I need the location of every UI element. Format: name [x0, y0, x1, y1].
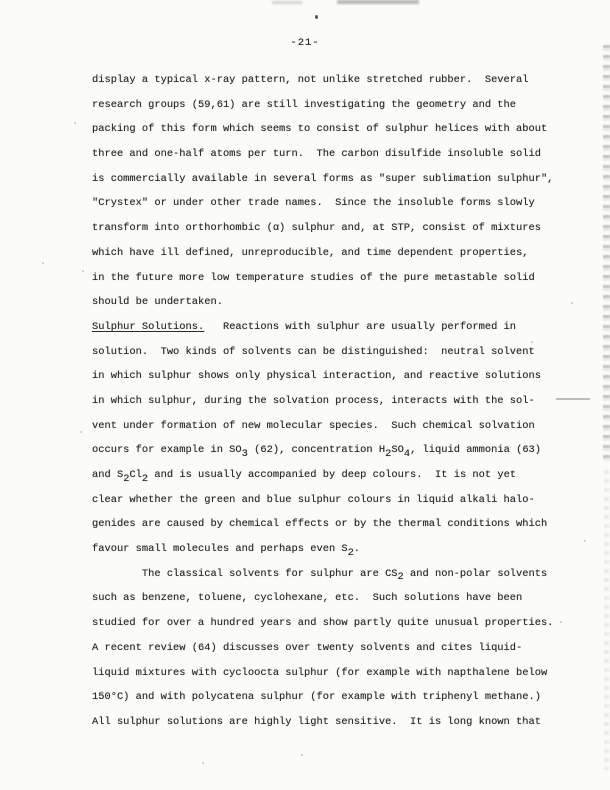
text-line: 150°C) and with polycatena sulphur (for … — [92, 685, 572, 710]
page-number: -21- — [0, 37, 610, 49]
text-segment: in which sulphur shows only physical int… — [92, 370, 541, 382]
paper-speck — [80, 431, 82, 433]
ink-dot-artifact — [315, 15, 318, 19]
text-line: genides are caused by chemical effects o… — [92, 512, 572, 537]
document-page: -21- display a typical x-ray pattern, no… — [0, 0, 610, 790]
text-line: The classical solvents for sulphur are C… — [92, 562, 572, 587]
text-segment: studied for over a hundred years and sho… — [92, 617, 553, 629]
text-segment: research groups (59,61) are still invest… — [92, 99, 516, 111]
text-line: packing of this form which seems to cons… — [92, 117, 572, 142]
text-segment: , liquid ammonia (63) — [410, 444, 541, 456]
text-segment: such as benzene, toluene, cyclohexane, e… — [92, 592, 522, 604]
subscript: 4 — [404, 448, 410, 460]
text-line: clear whether the green and blue sulphur… — [92, 488, 572, 513]
text-segment: "Crystex" or under other trade names. Si… — [92, 197, 535, 209]
subscript: 3 — [242, 448, 248, 460]
scan-edge-streak — [603, 45, 610, 465]
text-segment: Cl — [129, 469, 141, 481]
text-line: All sulphur solutions are highly light s… — [92, 710, 572, 735]
scan-top-smudge-2 — [272, 1, 302, 4]
text-segment: clear whether the green and blue sulphur… — [92, 494, 535, 506]
text-segment: display a typical x-ray pattern, not unl… — [92, 74, 528, 86]
paper-speck — [531, 341, 533, 343]
scan-top-smudge — [337, 0, 419, 4]
text-segment: packing of this form which seems to cons… — [92, 123, 547, 135]
text-line: A recent review (64) discusses over twen… — [92, 636, 572, 661]
margin-dash-artifact — [556, 398, 590, 400]
text-line: research groups (59,61) are still invest… — [92, 93, 572, 118]
text-line: should be undertaken. — [92, 290, 572, 315]
text-line: in which sulphur, during the solvation p… — [92, 389, 572, 414]
subscript: 2 — [142, 473, 148, 485]
text-segment: vent under formation of new molecular sp… — [92, 420, 535, 432]
text-segment: in the future more low temperature studi… — [92, 272, 535, 284]
text-segment: All sulphur solutions are highly light s… — [92, 716, 541, 728]
text-segment: 150°C) and with polycatena sulphur (for … — [92, 691, 541, 703]
text-segment: favour small molecules and perhaps even … — [92, 543, 348, 555]
text-segment: solution. Two kinds of solvents can be d… — [92, 346, 535, 358]
text-segment: should be undertaken. — [92, 296, 223, 308]
text-line: favour small molecules and perhaps even … — [92, 537, 572, 562]
paper-speck — [560, 621, 562, 623]
text-line: studied for over a hundred years and sho… — [92, 611, 572, 636]
text-segment: A recent review (64) discusses over twen… — [92, 642, 522, 654]
text-segment: liquid mixtures with cycloocta sulphur (… — [92, 667, 547, 679]
text-segment: in which sulphur, during the solvation p… — [92, 395, 535, 407]
text-line: occurs for example in SO3 (62), concentr… — [92, 438, 572, 463]
scan-edge-streak-lower — [604, 470, 609, 770]
text-line: vent under formation of new molecular sp… — [92, 414, 572, 439]
text-line: liquid mixtures with cycloocta sulphur (… — [92, 661, 572, 686]
page-body: display a typical x-ray pattern, not unl… — [92, 68, 572, 735]
paper-speck — [584, 540, 586, 542]
text-line: Sulphur Solutions. Reactions with sulphu… — [92, 315, 572, 340]
subscript: 2 — [398, 571, 404, 583]
text-line: is commercially available in several for… — [92, 167, 572, 192]
text-segment: and non-polar solvents — [404, 568, 547, 580]
text-segment: and is usually accompanied by deep colou… — [148, 469, 516, 481]
subscript: 2 — [385, 448, 391, 460]
text-segment: three and one-half atoms per turn. The c… — [92, 148, 541, 160]
text-segment: . — [354, 543, 360, 555]
text-segment: Reactions with sulphur are usually perfo… — [204, 321, 516, 333]
paper-speck — [202, 762, 204, 764]
text-segment: is commercially available in several for… — [92, 173, 553, 185]
text-line: display a typical x-ray pattern, not unl… — [92, 68, 572, 93]
text-line: three and one-half atoms per turn. The c… — [92, 142, 572, 167]
text-segment: which have ill defined, unreproducible, … — [92, 247, 528, 259]
text-line: transform into orthorhombic (α) sulphur … — [92, 216, 572, 241]
text-segment: genides are caused by chemical effects o… — [92, 518, 547, 530]
text-line: such as benzene, toluene, cyclohexane, e… — [92, 586, 572, 611]
text-segment: and S — [92, 469, 123, 481]
text-segment: SO — [391, 444, 403, 456]
paper-speck — [42, 262, 44, 264]
text-line: solution. Two kinds of solvents can be d… — [92, 340, 572, 365]
subscript: 2 — [348, 547, 354, 559]
paper-speck — [522, 722, 524, 724]
paper-speck — [571, 302, 573, 304]
text-line: "Crystex" or under other trade names. Si… — [92, 191, 572, 216]
paper-speck — [301, 754, 303, 756]
text-line: in which sulphur shows only physical int… — [92, 364, 572, 389]
text-segment: transform into orthorhombic (α) sulphur … — [92, 222, 541, 234]
text-line: which have ill defined, unreproducible, … — [92, 241, 572, 266]
paper-speck — [74, 122, 76, 124]
text-segment: The classical solvents for sulphur are C… — [92, 568, 398, 580]
text-line: in the future more low temperature studi… — [92, 266, 572, 291]
section-heading: Sulphur Solutions. — [92, 321, 204, 333]
text-segment: (62), concentration H — [248, 444, 385, 456]
paper-speck — [101, 691, 103, 693]
subscript: 2 — [123, 473, 129, 485]
paper-speck — [82, 270, 84, 272]
text-segment: occurs for example in SO — [92, 444, 242, 456]
text-line: and S2Cl2 and is usually accompanied by … — [92, 463, 572, 488]
